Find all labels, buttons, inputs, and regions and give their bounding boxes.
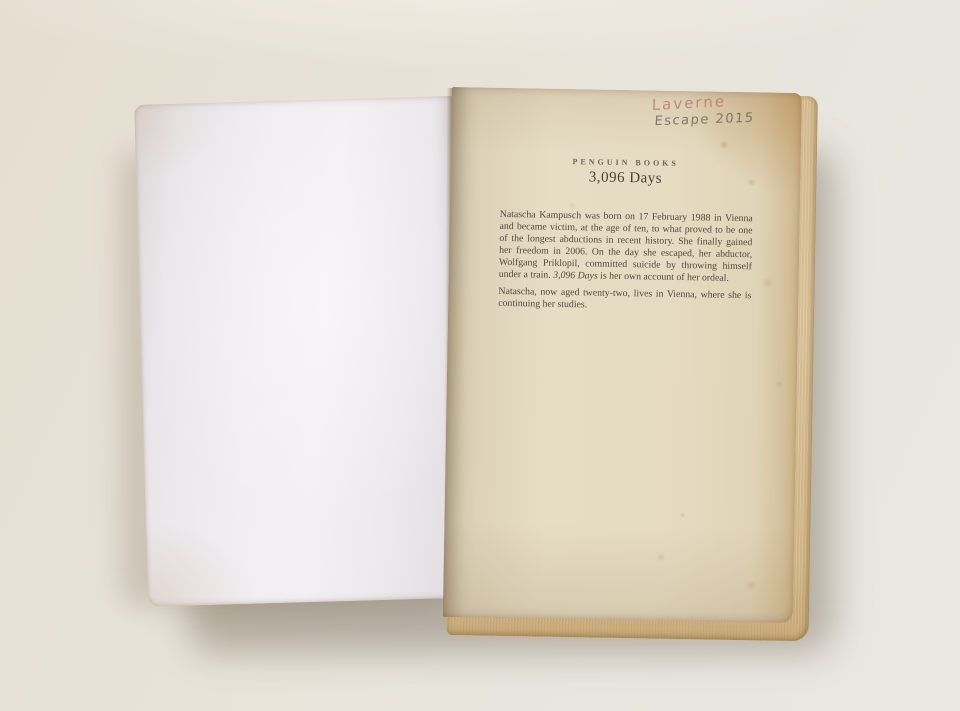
- right-page: Laverne Escape 2015 PENGUIN BOOKS 3,096 …: [443, 87, 802, 623]
- synopsis-text-after: is her own account of her ordeal.: [598, 271, 729, 284]
- handwriting-note: Escape 2015: [654, 111, 755, 130]
- author-status-paragraph: Natascha, now aged twenty-two, lives in …: [498, 286, 751, 315]
- synopsis-title-italic: 3,096 Days: [553, 270, 598, 282]
- photo-background: Laverne Escape 2015 PENGUIN BOOKS 3,096 …: [0, 0, 960, 711]
- synopsis-text-before: Natascha Kampusch was born on 17 Februar…: [499, 209, 753, 281]
- left-page-blank: [134, 96, 466, 607]
- handwriting-owner-name: Laverne: [652, 92, 727, 114]
- synopsis-paragraph: Natascha Kampusch was born on 17 Februar…: [499, 209, 753, 286]
- book-title: 3,096 Days: [450, 167, 800, 190]
